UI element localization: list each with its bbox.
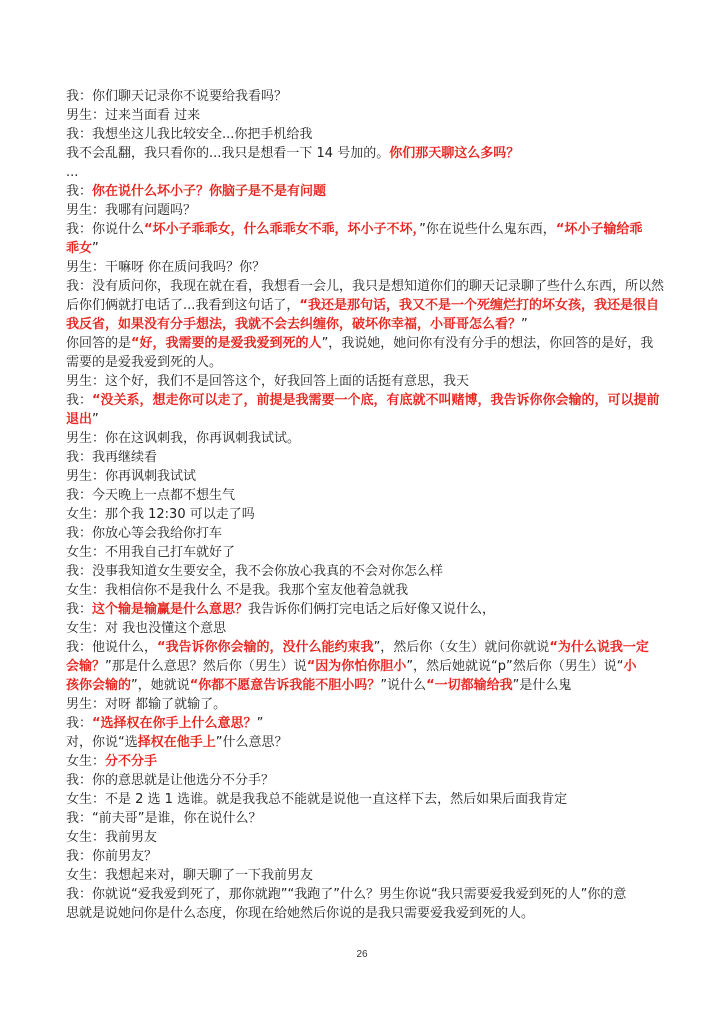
dialogue-line: 后你们俩就打电话了...我看到这句话了，“我还是那句话，我又不是一个死缠烂打的坏… [66, 296, 666, 315]
dialogue-line: 男生：过来当面看 过来 [66, 106, 666, 125]
highlighted-text: “坏小子乖乖女，什么乖乖女不乖，坏小子不坏， [144, 222, 419, 237]
dialogue-line: 我反省，如果没有分手想法，我就不会去纠缠你，破坏你幸福，小哥哥怎么看？” [66, 315, 666, 334]
text-segment: ” [257, 716, 264, 731]
dialogue-line: 我：你在说什么坏小子？你脑子是不是有问题 [66, 182, 666, 201]
highlighted-text: “因为你怕你胆小 [307, 659, 407, 674]
highlighted-text: “我告诉你你会输的，没什么能约束我 [157, 640, 374, 655]
dialogue-line: 我：你就说“爱我爱到死了，那你就跑”“我跑了”什么？男生你说“我只需要爱我爱到死… [66, 885, 666, 904]
text-segment: 男生：干嘛呀 你在质问我吗？你？ [66, 260, 265, 275]
dialogue-line: 女生：不用我自己打车就好了 [66, 543, 666, 562]
text-segment: 我不会乱翻，我只看你的...我只是想看一下 14 号加的。 [66, 146, 389, 161]
dialogue-line: 男生：这个好，我们不是回答这个，好我回答上面的话挺有意思，我天 [66, 372, 666, 391]
dialogue-line: 女生：我相信你不是我什么 不是我。我那个室友他着急就我 [66, 581, 666, 600]
dialogue-line: 对，你说“选择权在他手上”什么意思？ [66, 733, 666, 752]
highlighted-text: “没关系，想走你可以走了，前提是我需要一个底，有底就不叫赌博，我告诉你你会输的，… [92, 393, 660, 408]
highlighted-text: 分不分手 [105, 754, 157, 769]
dialogue-line: 女生：分不分手 [66, 752, 666, 771]
dialogue-line: 女生：我想起来对，聊天聊了一下我前男友 [66, 866, 666, 885]
text-segment: 我： [66, 602, 92, 617]
dialogue-line: 女生：那个我 12:30 可以走了吗 [66, 505, 666, 524]
dialogue-line: 我：你前男友？ [66, 847, 666, 866]
text-segment: ”，然后她就说“p”然后你（男生）说“ [406, 659, 623, 674]
text-segment: 我：我再继续看 [66, 450, 157, 465]
text-segment: ” [92, 241, 99, 256]
highlighted-text: “为什么说我一定 [549, 640, 649, 655]
text-segment: 后你们俩就打电话了...我看到这句话了， [66, 298, 299, 313]
dialogue-line: 我：我想坐这儿我比较安全...你把手机给我 [66, 125, 666, 144]
text-segment: 我：你的意思就是让他选分不分手？ [66, 773, 274, 788]
dialogue-line: 我：今天晚上一点都不想生气 [66, 486, 666, 505]
dialogue-line: 退出” [66, 410, 666, 429]
text-segment: ”说什么 [380, 678, 426, 693]
text-segment: 我：你前男友？ [66, 849, 157, 864]
text-segment: 女生：对 我也没懂这个意思 [66, 621, 226, 636]
dialogue-line: 孩你会输的”，她就说“你都不愿意告诉我能不胆小吗？”说什么“一切都输给我”是什么… [66, 676, 666, 695]
dialogue-line: 我：你放心等会我给你打车 [66, 524, 666, 543]
highlighted-text: 退出 [66, 412, 92, 427]
dialogue-line: 会输？”那是什么意思？然后你（男生）说“因为你怕你胆小”，然后她就说“p”然后你… [66, 657, 666, 676]
text-segment: 女生：我前男友 [66, 830, 157, 845]
text-segment: 我：你就说“爱我爱到死了，那你就跑”“我跑了”什么？男生你说“我只需要爱我爱到死… [66, 887, 626, 902]
text-segment: 男生：你在这讽刺我，你再讽刺我试试。 [66, 431, 300, 446]
text-segment: 男生：对呀 都输了就输了。 [66, 697, 226, 712]
dialogue-line: 需要的是爱我爱到死的人。 [66, 353, 666, 372]
dialogue-line: 我：你们聊天记录你不说要给我看吗？ [66, 87, 666, 106]
text-segment: ” [521, 317, 528, 332]
dialogue-line: 我：没有质问你，我现在就在看，我想看一会儿，我只是想知道你们的聊天记录聊了些什么… [66, 277, 666, 296]
text-segment: 我：你说什么 [66, 222, 144, 237]
text-segment: 思就是说她问你是什么态度，你现在给她然后你说的是我只需要爱我爱到死的人。 [66, 906, 534, 921]
document-page: 我：你们聊天记录你不说要给我看吗？ 男生：过来当面看 过来 我：我想坐这儿我比较… [0, 0, 724, 1024]
highlighted-text: 孩你会输的 [66, 678, 131, 693]
highlighted-text: 择权在他手上 [138, 735, 216, 750]
text-segment: 我：今天晚上一点都不想生气 [66, 488, 235, 503]
text-segment: ”是什么鬼 [513, 678, 572, 693]
text-segment: ” [92, 412, 99, 427]
highlighted-text: 乖女 [66, 241, 92, 256]
highlighted-text: “一切都输给我 [426, 678, 513, 693]
text-segment: ”你在说些什么鬼东西， [419, 222, 556, 237]
highlighted-text: 你们那天聊这么多吗？ [389, 146, 519, 161]
text-segment: 我：他说什么， [66, 640, 157, 655]
text-segment: 我： [66, 393, 92, 408]
text-segment: 我告诉你们俩打完电话之后好像又说什么， [248, 602, 495, 617]
highlighted-text: “选择权在你手上什么意思？ [92, 716, 257, 731]
text-segment: 男生：过来当面看 过来 [66, 108, 200, 123]
text-segment: 我：没事我知道女生要安全，我不会你放心我真的不会对你怎么样 [66, 564, 443, 579]
text-segment: ”，她就说 [131, 678, 190, 693]
dialogue-line: 我：你的意思就是让他选分不分手？ [66, 771, 666, 790]
dialogue-line: 我：他说什么，“我告诉你你会输的，没什么能约束我”，然后你（女生）就问你就说“为… [66, 638, 666, 657]
text-segment: 女生：不是 2 选 1 选谁。就是我我总不能就是说他一直这样下去，然后如果后面我… [66, 792, 567, 807]
highlighted-text: “坏小子输给乖 [556, 222, 643, 237]
text-segment: 我：没有质问你，我现在就在看，我想看一会儿，我只是想知道你们的聊天记录聊了些什么… [66, 279, 664, 294]
dialogue-line: 你回答的是“好，我需要的是爱我爱到死的人”，我说她，她问你有没有分手的想法，你回… [66, 334, 666, 353]
text-segment: 男生：我哪有问题吗？ [66, 203, 196, 218]
text-segment: 女生： [66, 754, 105, 769]
dialogue-line: 男生：你再讽刺我试试 [66, 467, 666, 486]
dialogue-line: 我：“前夫哥”是谁，你在说什么？ [66, 809, 666, 828]
text-segment: ”那是什么意思？然后你（男生）说 [105, 659, 307, 674]
highlighted-text: 会输？ [66, 659, 105, 674]
highlighted-text: 小 [624, 659, 637, 674]
text-segment: ”什么意思？ [216, 735, 288, 750]
ellipsis-line: ... [66, 163, 666, 182]
dialogue-line: 乖女” [66, 239, 666, 258]
dialogue-line: 我：“选择权在你手上什么意思？” [66, 714, 666, 733]
text-segment: 我： [66, 716, 92, 731]
text-segment: ”，然后你（女生）就问你就说 [374, 640, 550, 655]
highlighted-text: 这个输是输赢是什么意思？ [92, 602, 248, 617]
text-segment: ... [66, 165, 78, 180]
dialogue-line: 我：这个输是输赢是什么意思？我告诉你们俩打完电话之后好像又说什么， [66, 600, 666, 619]
text-segment: 需要的是爱我爱到死的人。 [66, 355, 222, 370]
text-segment: 女生：不用我自己打车就好了 [66, 545, 235, 560]
dialogue-line: 女生：不是 2 选 1 选谁。就是我我总不能就是说他一直这样下去，然后如果后面我… [66, 790, 666, 809]
text-segment: 男生：这个好，我们不是回答这个，好我回答上面的话挺有意思，我天 [66, 374, 469, 389]
transcript-body: 我：你们聊天记录你不说要给我看吗？ 男生：过来当面看 过来 我：我想坐这儿我比较… [66, 87, 666, 923]
text-segment: 我：“前夫哥”是谁，你在说什么？ [66, 811, 261, 826]
text-segment: 女生：那个我 12:30 可以走了吗 [66, 507, 255, 522]
dialogue-line: 思就是说她问你是什么态度，你现在给她然后你说的是我只需要爱我爱到死的人。 [66, 904, 666, 923]
highlighted-text: “你都不愿意告诉我能不胆小吗？ [190, 678, 381, 693]
dialogue-line: 我：“没关系，想走你可以走了，前提是我需要一个底，有底就不叫赌博，我告诉你你会输… [66, 391, 666, 410]
highlighted-text: 我反省，如果没有分手想法，我就不会去纠缠你，破坏你幸福，小哥哥怎么看？ [66, 317, 521, 332]
text-segment: 我：你们聊天记录你不说要给我看吗？ [66, 89, 287, 104]
text-segment: 男生：你再讽刺我试试 [66, 469, 196, 484]
dialogue-line: 我不会乱翻，我只看你的...我只是想看一下 14 号加的。你们那天聊这么多吗？ [66, 144, 666, 163]
dialogue-line: 男生：你在这讽刺我，你再讽刺我试试。 [66, 429, 666, 448]
text-segment: 对，你说“选 [66, 735, 138, 750]
dialogue-line: 男生：干嘛呀 你在质问我吗？你？ [66, 258, 666, 277]
text-segment: 女生：我相信你不是我什么 不是我。我那个室友他着急就我 [66, 583, 408, 598]
text-segment: 我： [66, 184, 92, 199]
dialogue-line: 我：没事我知道女生要安全，我不会你放心我真的不会对你怎么样 [66, 562, 666, 581]
text-segment: 我：我想坐这儿我比较安全...你把手机给我 [66, 127, 312, 142]
dialogue-line: 男生：对呀 都输了就输了。 [66, 695, 666, 714]
text-segment: ”，我说她，她问你有没有分手的想法，你回答的是好，我 [322, 336, 654, 351]
dialogue-line: 女生：对 我也没懂这个意思 [66, 619, 666, 638]
highlighted-text: 你在说什么坏小子？你脑子是不是有问题 [92, 184, 326, 199]
highlighted-text: “好，我需要的是爱我爱到死的人 [131, 336, 322, 351]
dialogue-line: 我：你说什么“坏小子乖乖女，什么乖乖女不乖，坏小子不坏，”你在说些什么鬼东西，“… [66, 220, 666, 239]
page-number: 26 [0, 949, 724, 960]
dialogue-line: 我：我再继续看 [66, 448, 666, 467]
dialogue-line: 男生：我哪有问题吗？ [66, 201, 666, 220]
text-segment: 你回答的是 [66, 336, 131, 351]
dialogue-line: 女生：我前男友 [66, 828, 666, 847]
text-segment: 女生：我想起来对，聊天聊了一下我前男友 [66, 868, 313, 883]
text-segment: 我：你放心等会我给你打车 [66, 526, 222, 541]
highlighted-text: “我还是那句话，我又不是一个死缠烂打的坏女孩，我还是很自 [299, 298, 659, 313]
